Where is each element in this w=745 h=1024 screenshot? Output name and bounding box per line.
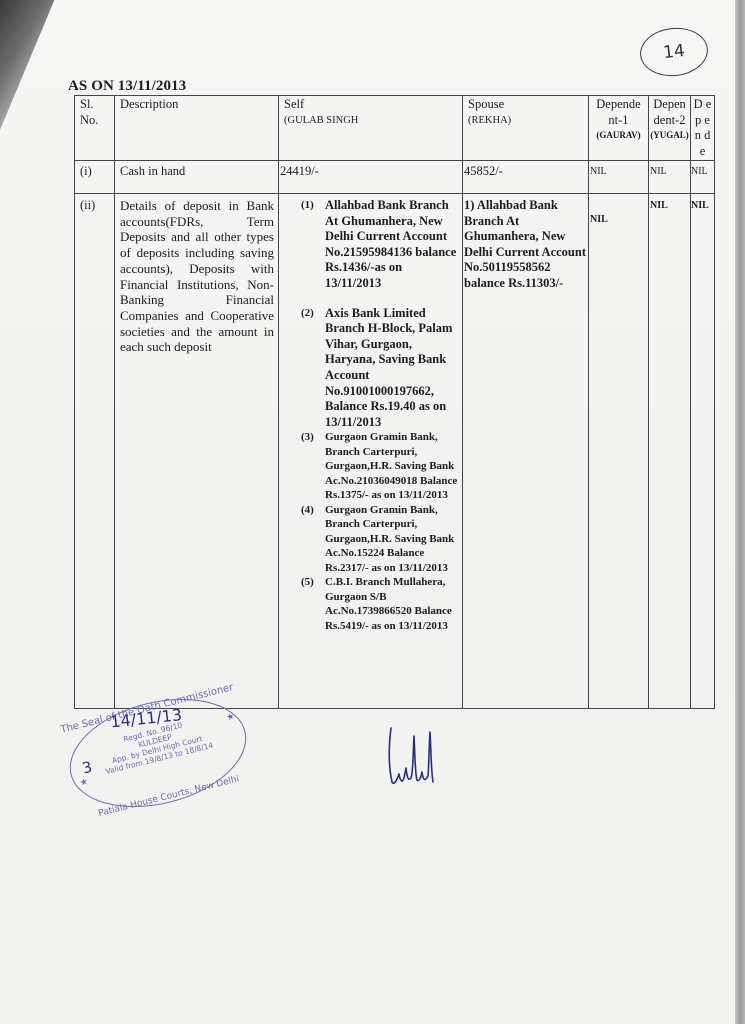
cell-spouse-deposits: 1) Allahbad Bank Branch At Ghumanhera, N… — [463, 194, 589, 709]
deposit-item: (2) Axis Bank Limited Branch H-Block, Pa… — [325, 306, 460, 431]
cell-self-deposits: (1) Allahbad Bank Branch At Ghumanhera, … — [279, 194, 463, 709]
star-icon: ★ — [225, 712, 235, 724]
header-dependent-2: Depen dent-2 (YUGAL) — [649, 96, 691, 161]
header-dependent-1-label: Depende nt-1 — [590, 97, 647, 128]
header-dependent-2-label: Depen dent-2 — [650, 97, 689, 128]
cell-dependent-1: NIL — [589, 194, 649, 709]
deposit-item: (5) C.B.I. Branch Mullahera, Gurgaon S/B… — [325, 575, 460, 633]
page-number: 14 — [662, 41, 686, 63]
deposit-item: (4) Gurgaon Gramin Bank, Branch Carterpu… — [325, 503, 460, 576]
cell-dependent-1: NIL — [589, 161, 649, 194]
cell-description: Details of deposit in Bank accounts(FDRs… — [115, 194, 279, 709]
page-number-circle: 14 — [638, 25, 711, 80]
header-spouse: Spouse (REKHA) — [463, 96, 589, 161]
signature-icon — [385, 724, 437, 788]
header-description: Description — [115, 96, 279, 161]
header-dependent-1-name: (GAURAV) — [590, 128, 647, 144]
table-header-row: Sl. No. Description Self (GULAB SINGH Sp… — [75, 96, 715, 161]
deposit-item: (1) Allahbad Bank Branch At Ghumanhera, … — [325, 198, 460, 292]
cell-description: Cash in hand — [115, 161, 279, 194]
document-title: AS ON 13/11/2013 — [68, 78, 186, 95]
scanned-page: 14 AS ON 13/11/2013 Sl. No. Description … — [0, 0, 745, 1024]
table-row: (i) Cash in hand 24419/- 45852/- NIL NIL… — [75, 161, 715, 194]
cell-dependent-3: NIL — [691, 161, 715, 194]
header-sl-no: Sl. No. — [75, 96, 115, 161]
cell-sl-no: (i) — [75, 161, 115, 194]
page-fold-shadow — [0, 0, 80, 130]
table-row: (ii) Details of deposit in Bank accounts… — [75, 194, 715, 709]
header-dependent-1: Depende nt-1 (GAURAV) — [589, 96, 649, 161]
cell-dependent-2: NIL — [649, 194, 691, 709]
page-edge-shadow — [735, 0, 745, 1024]
cell-dependent-3: NIL — [691, 194, 715, 709]
cell-sl-no: (ii) — [75, 194, 115, 709]
self-deposit-list: (1) Allahbad Bank Branch At Ghumanhera, … — [281, 198, 460, 633]
cell-spouse: 45852/- — [463, 161, 589, 194]
header-self-name: (GULAB SINGH — [284, 113, 458, 129]
cell-dependent-2: NIL — [649, 161, 691, 194]
header-dependent-2-name: (YUGAL) — [650, 128, 689, 144]
header-self: Self (GULAB SINGH — [279, 96, 463, 161]
header-dependent-3: D ep en de — [691, 96, 715, 161]
cell-self: 24419/- — [279, 161, 463, 194]
header-spouse-name: (REKHA) — [468, 113, 584, 129]
star-icon: ★ — [79, 777, 89, 789]
header-spouse-label: Spouse — [468, 97, 584, 113]
header-self-label: Self — [284, 97, 458, 113]
deposit-item: (3) Gurgaon Gramin Bank, Branch Carterpu… — [325, 430, 460, 503]
assets-table: Sl. No. Description Self (GULAB SINGH Sp… — [74, 95, 715, 709]
